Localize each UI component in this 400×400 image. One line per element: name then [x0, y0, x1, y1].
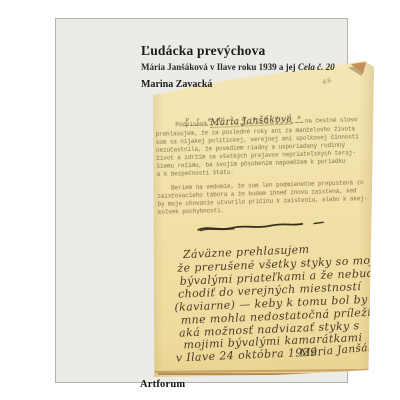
page-background: Ľudácka prevýchova Mária Janšáková v Ila… [0, 0, 400, 400]
subtitle-main: Mária Janšáková v Ilave roku 1939 a jej [141, 62, 298, 72]
book-cover: Ľudácka prevýchova Mária Janšáková v Ila… [55, 18, 348, 383]
handwritten-name: Mária Janšáková [210, 115, 292, 128]
document-content: 4/6 P r e h l á s e n i e Podpísaná Mári… [154, 58, 373, 380]
typed-line: a k bezpečnosti štátu. [157, 169, 234, 178]
dotted-leader: …… [295, 118, 302, 125]
scanned-document: 4/6 P r e h l á s e n i e Podpísaná Mári… [152, 61, 374, 377]
archival-mark: 4/6 [321, 76, 332, 86]
book-author: Marina Zavacká [141, 79, 212, 90]
signature-scribble [194, 217, 334, 235]
typed-suffix: na čestné slovo [305, 116, 358, 124]
publisher-logo: Artforum [140, 379, 185, 390]
book-title: Ľudácka prevýchova [141, 43, 266, 59]
book-subtitle: Mária Janšáková v Ilave roku 1939 a jej … [141, 62, 335, 72]
subtitle-emphasis: Cela č. 20 [298, 62, 335, 72]
typed-prefix: Podpísaná [175, 121, 207, 129]
typed-line: koľvek pochybnosti. [158, 207, 225, 216]
